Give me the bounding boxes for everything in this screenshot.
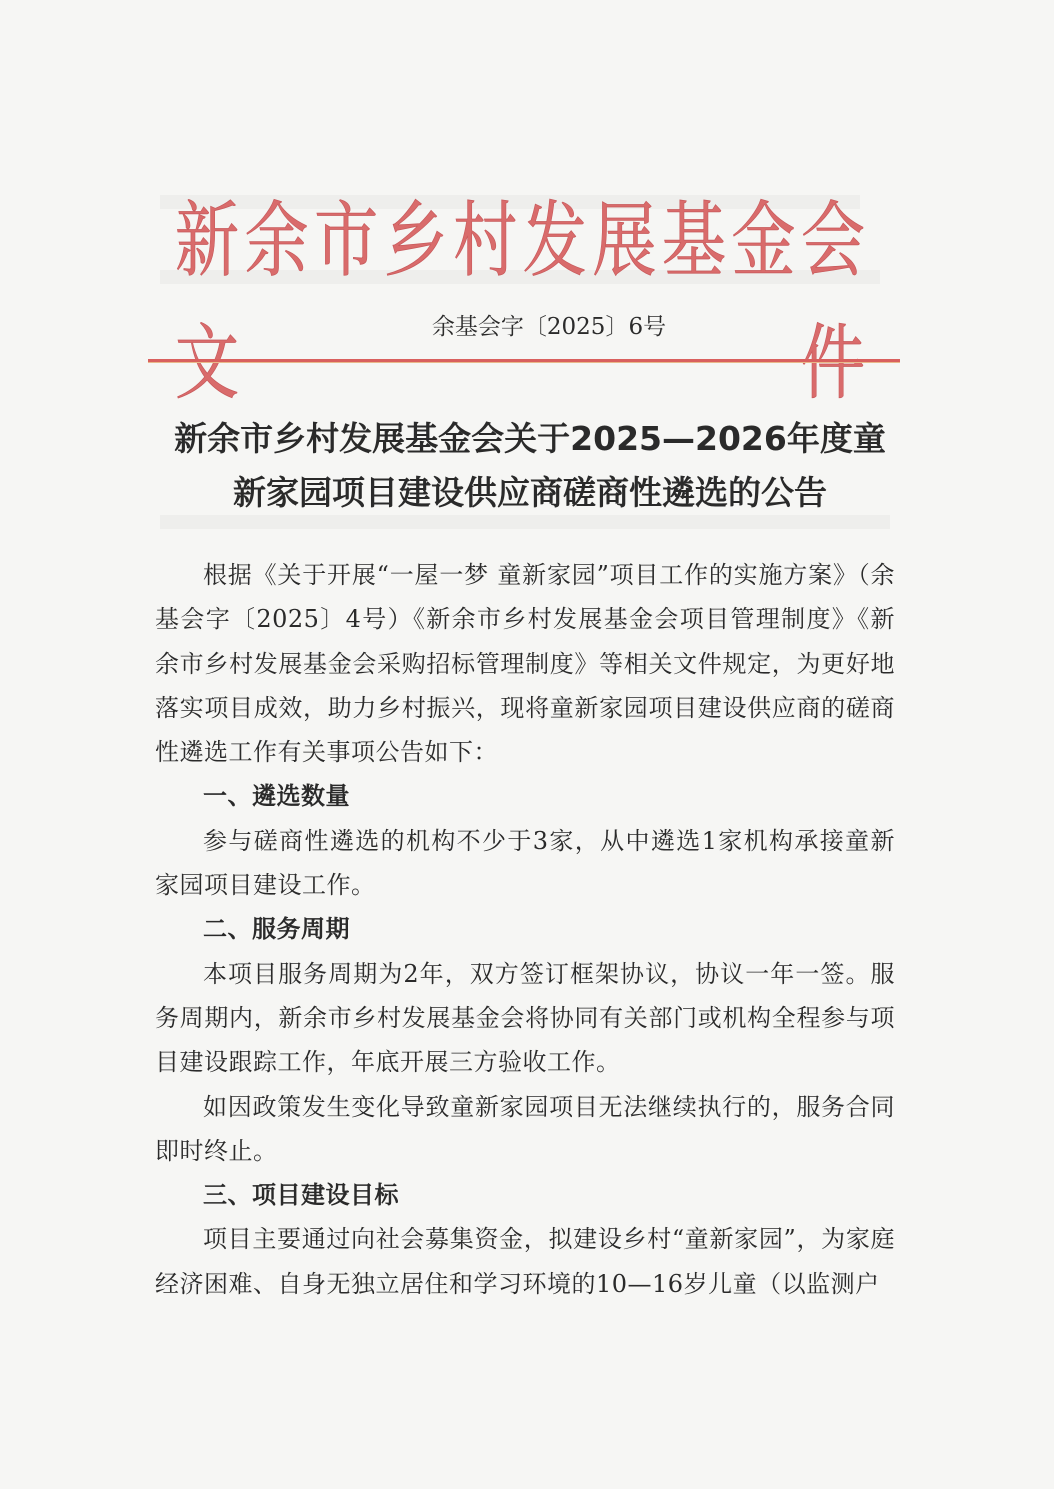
section-quantity-paragraph: 参与磋商性遴选的机构不少于3家，从中遴选1家机构承接童新家园项目建设工作。 bbox=[155, 819, 895, 908]
section-heading-project-goals: 三、项目建设目标 bbox=[155, 1173, 895, 1217]
document-number: 余基会字〔2025〕6号 bbox=[0, 312, 1054, 342]
intro-paragraph: 根据《关于开展“一屋一梦 童新家园”项目工作的实施方案》（余基会字〔2025〕4… bbox=[155, 553, 895, 774]
notice-title-line-1: 新余市乡村发展基金会关于2025—2026年度童 bbox=[150, 412, 910, 466]
notice-title-line-2: 新家园项目建设供应商磋商性遴选的公告 bbox=[150, 466, 910, 520]
document-number-text: 余基会字〔2025〕6号 bbox=[432, 312, 666, 342]
document-page: 新余市乡村发展基金会文件 余基会字〔2025〕6号 新余市乡村发展基金会关于20… bbox=[0, 0, 1054, 1489]
notice-title: 新余市乡村发展基金会关于2025—2026年度童 新家园项目建设供应商磋商性遴选… bbox=[150, 412, 910, 520]
org-document-title: 新余市乡村发展基金会文件 bbox=[175, 180, 865, 303]
document-body: 根据《关于开展“一屋一梦 童新家园”项目工作的实施方案》（余基会字〔2025〕4… bbox=[155, 553, 895, 1306]
section-service-period-paragraph-1: 本项目服务周期为2年，双方签订框架协议，协议一年一签。服务周期内，新余市乡村发展… bbox=[155, 952, 895, 1085]
red-divider-rule bbox=[148, 359, 900, 362]
section-project-goals-paragraph: 项目主要通过向社会募集资金，拟建设乡村“童新家园”，为家庭经济困难、自身无独立居… bbox=[155, 1217, 895, 1306]
section-heading-service-period: 二、服务周期 bbox=[155, 907, 895, 951]
section-service-period-paragraph-2: 如因政策发生变化导致童新家园项目无法继续执行的，服务合同即时终止。 bbox=[155, 1085, 895, 1174]
section-heading-quantity: 一、遴选数量 bbox=[155, 774, 895, 818]
